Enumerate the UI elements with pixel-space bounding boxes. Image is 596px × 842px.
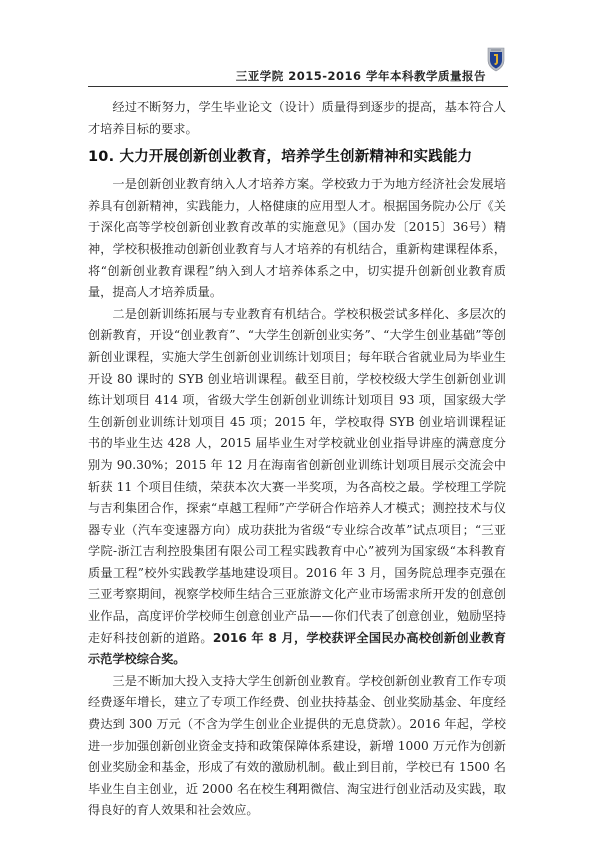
page-number: 12	[0, 783, 596, 794]
header-divider	[88, 86, 508, 87]
school-crest-icon	[486, 46, 506, 72]
paragraph-training-text: 二是创新训练拓展与专业教育有机结合。学校积极尝试多样化、多层次的创新教育，开设“…	[88, 307, 506, 645]
report-title: 三亚学院 2015-2016 学年本科教学质量报告	[236, 68, 486, 84]
paragraph-training: 二是创新训练拓展与专业教育有机结合。学校积极尝试多样化、多层次的创新教育，开设“…	[88, 304, 506, 671]
paragraph-investment: 三是不断加大投入支持大学生创新创业教育。学校创新创业教育工作专项经费逐年增长，建…	[88, 671, 506, 822]
intro-paragraph: 经过不断努力，学生毕业论文（设计）质量得到逐步的提高，基本符合人才培养目标的要求…	[88, 97, 506, 140]
page-header: 三亚学院 2015-2016 学年本科教学质量报告	[88, 48, 508, 88]
page-body: 经过不断努力，学生毕业论文（设计）质量得到逐步的提高，基本符合人才培养目标的要求…	[88, 97, 506, 822]
paragraph-curriculum: 一是创新创业教育纳入人才培养方案。学校致力于为地方经济社会发展培养具有创新精神，…	[88, 174, 506, 304]
section-heading: 10. 大力开展创新创业教育，培养学生创新精神和实践能力	[88, 146, 506, 168]
